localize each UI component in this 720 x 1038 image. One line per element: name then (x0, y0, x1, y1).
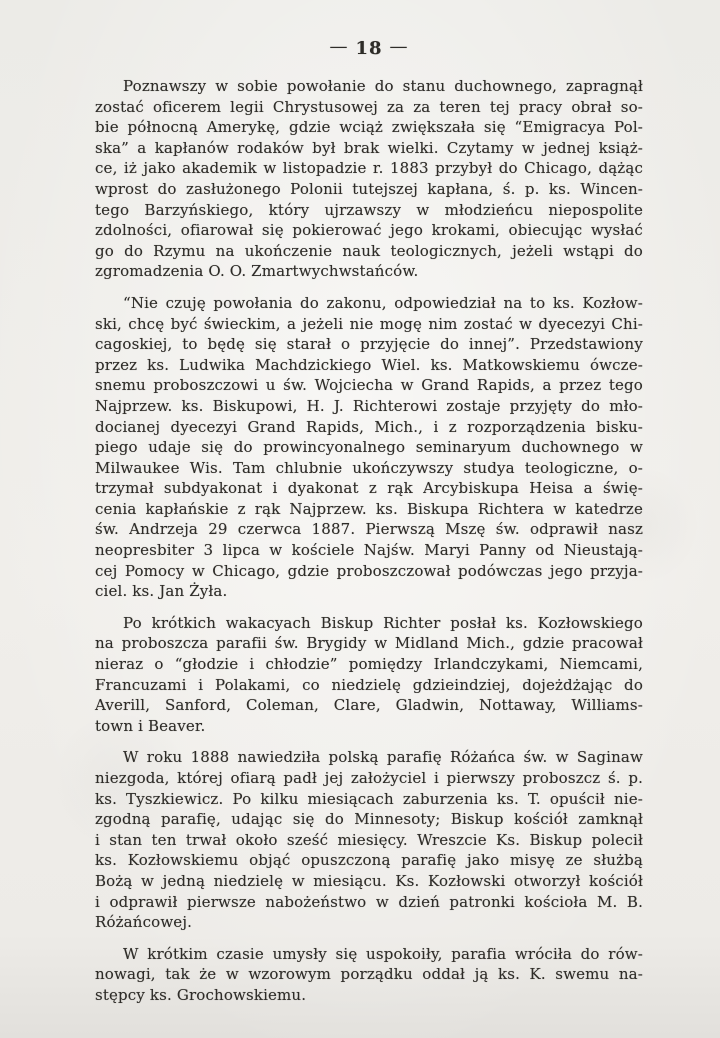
text-line: niezgoda, której ofiarą padł jej założyc… (95, 768, 643, 789)
text-line: stępcy ks. Grochowskiemu. (95, 985, 643, 1006)
text-line: town i Beaver. (95, 716, 643, 737)
text-line: Różańcowej. (95, 912, 643, 933)
text-line: ce, iż jako akademik w listopadzie r. 18… (95, 158, 643, 179)
text-line: snemu proboszczowi u św. Wojciecha w Gra… (95, 375, 643, 396)
text-line: tego Barzyńskiego, który ujrzawszy w mło… (95, 200, 643, 221)
paragraph: “Nie czuję powołania do zakonu, odpowied… (95, 293, 643, 602)
text-line: ski, chcę być świeckim, a jeżeli nie mog… (95, 314, 643, 335)
text-line: neopresbiter 3 lipca w kościele Najśw. M… (95, 540, 643, 561)
text-line: na proboszcza parafii św. Brygidy w Midl… (95, 633, 643, 654)
text-line: Milwaukee Wis. Tam chlubnie ukończywszy … (95, 458, 643, 479)
text-line: przez ks. Ludwika Machdzickiego Wiel. ks… (95, 355, 643, 376)
text-line: Najprzew. ks. Biskupowi, H. J. Richterow… (95, 396, 643, 417)
text-line: Poznawszy w sobie powołanie do stanu duc… (95, 76, 643, 97)
text-line: cenia kapłańskie z rąk Najprzew. ks. Bis… (95, 499, 643, 520)
text-line: Averill, Sanford, Coleman, Clare, Gladwi… (95, 695, 643, 716)
paragraph: Poznawszy w sobie powołanie do stanu duc… (95, 76, 643, 282)
text-line: go do Rzymu na ukończenie nauk teologicz… (95, 241, 643, 262)
scanned-page: —18— Poznawszy w sobie powołanie do stan… (0, 0, 720, 1038)
text-line: docianej dyecezyi Grand Rapids, Mich., i… (95, 417, 643, 438)
text-line: i odprawił pierwsze nabożeństwo w dzień … (95, 892, 643, 913)
text-line: piego udaje się do prowincyonalnego semi… (95, 437, 643, 458)
text-line: Bożą w jedną niedzielę w miesiącu. Ks. K… (95, 871, 643, 892)
text-line: W roku 1888 nawiedziła polską parafię Ró… (95, 747, 643, 768)
text-line: zdolności, ofiarował się pokierować jego… (95, 220, 643, 241)
paragraph: W krótkim czasie umysły się uspokoiły, p… (95, 944, 643, 1006)
text-line: bie północną Amerykę, gdzie wciąż zwięks… (95, 117, 643, 138)
text-line: św. Andrzeja 29 czerwca 1887. Pierwszą M… (95, 519, 643, 540)
text-line: ciel. ks. Jan Żyła. (95, 581, 643, 602)
text-line: i stan ten trwał około sześć miesięcy. W… (95, 830, 643, 851)
text-line: trzymał subdyakonat i dyakonat z rąk Arc… (95, 478, 643, 499)
text-line: wprost do zasłużonego Polonii tutejszej … (95, 179, 643, 200)
text-line: nowagi, tak że w wzorowym porządku oddał… (95, 964, 643, 985)
text-line: Francuzami i Polakami, co niedzielę gdzi… (95, 675, 643, 696)
text-line: zostać oficerem legii Chrystusowej za za… (95, 97, 643, 118)
text-line: W krótkim czasie umysły się uspokoiły, p… (95, 944, 643, 965)
text-line: Po krótkich wakacyach Biskup Richter pos… (95, 613, 643, 634)
text-line: cej Pomocy w Chicago, gdzie proboszczowa… (95, 561, 643, 582)
page-number-dash-right: — (390, 36, 409, 57)
text-line: ska” a kapłanów rodaków był brak wielki.… (95, 138, 643, 159)
page-number: —18— (95, 38, 643, 59)
text-line: nieraz o “głodzie i chłodzie” pomiędzy I… (95, 654, 643, 675)
text-line: “Nie czuję powołania do zakonu, odpowied… (95, 293, 643, 314)
page-number-dash-left: — (329, 36, 348, 57)
paragraph: W roku 1888 nawiedziła polską parafię Ró… (95, 747, 643, 932)
page-text: Poznawszy w sobie powołanie do stanu duc… (95, 76, 643, 1017)
paragraph: Po krótkich wakacyach Biskup Richter pos… (95, 613, 643, 737)
text-line: ks. Kozłowskiemu objąć opuszczoną parafi… (95, 850, 643, 871)
text-line: zgodną parafię, udając się do Minnesoty;… (95, 809, 643, 830)
text-line: ks. Tyszkiewicz. Po kilku miesiącach zab… (95, 789, 643, 810)
text-line: zgromadzenia O. O. Zmartwychwstańców. (95, 261, 643, 282)
page-number-value: 18 (355, 38, 382, 59)
text-line: cagoskiej, to będę się starał o przyjęci… (95, 334, 643, 355)
